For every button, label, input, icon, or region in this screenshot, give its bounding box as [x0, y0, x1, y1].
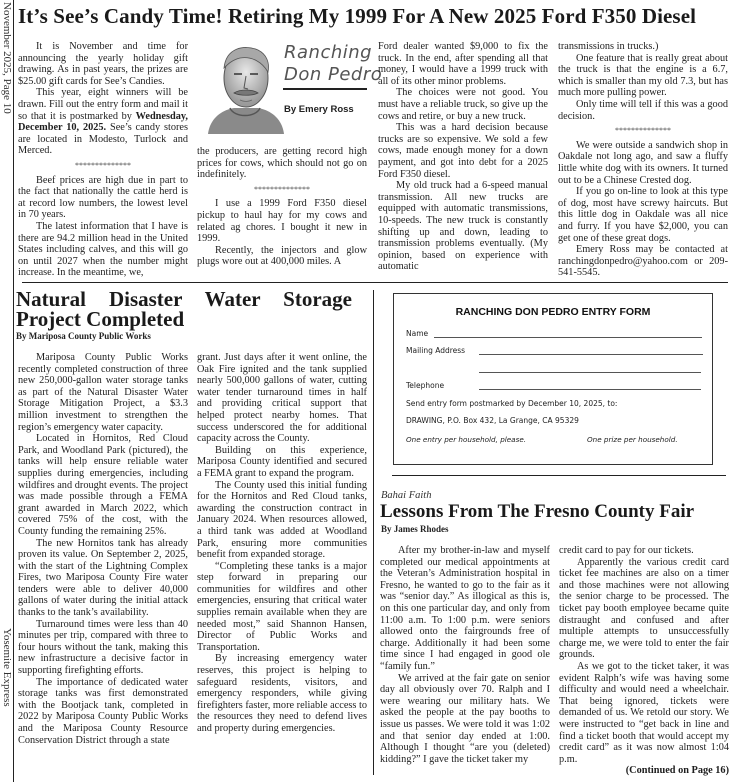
article3-byline: By James Rhodes — [381, 524, 449, 534]
paragraph: “Completing these tanks is a major step … — [197, 561, 367, 654]
paragraph: One feature that is really great about t… — [558, 53, 728, 99]
paragraph: We were outside a sandwich shop in Oakda… — [558, 140, 728, 186]
section-break: ************** — [197, 184, 367, 196]
paragraph: Mariposa County Public Works recently co… — [18, 352, 188, 433]
paragraph: The choices were not good. You must have… — [378, 87, 548, 122]
article1-column-2: the producers, are getting record high p… — [197, 146, 367, 268]
paragraph: If you go on-line to look at this type o… — [558, 186, 728, 244]
paragraph: This was a hard decision because trucks … — [378, 122, 548, 180]
left-margin-rule — [13, 0, 14, 782]
name-field-line[interactable] — [434, 337, 702, 338]
paragraph: My old truck had a 6-speed manual transm… — [378, 180, 548, 273]
column-title: Ranching Don Pedro — [284, 42, 382, 86]
article2-column-2: grant. Just days after it went online, t… — [197, 352, 367, 735]
article3-column-2: credit card to pay for our tickets. Appa… — [559, 545, 729, 777]
article1-column-1: It is November and time for announcing t… — [18, 41, 188, 279]
article3-column-1: After my brother-in-law and myself compl… — [380, 545, 550, 765]
article3-kicker: Bahai Faith — [381, 490, 431, 501]
paragraph: Recently, the injectors and glow plugs w… — [197, 245, 367, 268]
continued-jump-link: (Continued on Page 16) — [559, 765, 729, 777]
portrait-sketch-icon — [200, 38, 290, 134]
article1-headline: It’s See’s Candy Time! Retiring My 1999 … — [18, 4, 696, 29]
mailing-address-field-line-2[interactable] — [479, 372, 701, 373]
author-portrait — [200, 38, 290, 134]
mailing-address-label: Mailing Address — [406, 346, 465, 355]
column-divider — [373, 290, 374, 775]
article1-byline: By Emery Ross — [284, 104, 354, 115]
article1-column-3: Ford dealer wanted $9,000 to fix the tru… — [378, 41, 548, 273]
article3-headline: Lessons From The Fresno County Fair — [380, 501, 694, 523]
telephone-label: Telephone — [406, 381, 444, 390]
paragraph: Turnaround times were less than 40 minut… — [18, 619, 188, 677]
mailing-destination: DRAWING, P.O. Box 432, La Grange, CA 953… — [406, 416, 579, 425]
entry-limit-note: One entry per household, please. — [406, 435, 526, 444]
paragraph: Apparently the various credit card ticke… — [559, 557, 729, 661]
paragraph: It is November and time for announcing t… — [18, 41, 188, 87]
author-contact: Emery Ross may be contacted at ranchingd… — [558, 244, 728, 279]
article2-headline: Natural Disaster Water Storage Project C… — [16, 289, 352, 329]
section-break: ************** — [18, 160, 188, 172]
paragraph: I use a 1999 Ford F350 diesel pickup to … — [197, 198, 367, 244]
paragraph: transmissions in trucks.) — [558, 41, 728, 53]
paragraph: The new Hornitos tank has already proven… — [18, 538, 188, 619]
paragraph: The latest information that I have is th… — [18, 221, 188, 279]
folio-date-page: November 2025, Page 10 — [0, 2, 13, 152]
article2-column-1: Mariposa County Public Works recently co… — [18, 352, 188, 746]
paragraph: Located in Hornitos, Red Cloud Park, and… — [18, 433, 188, 537]
send-instructions: Send entry form postmarked by December 1… — [406, 399, 617, 408]
telephone-field-line[interactable] — [479, 389, 701, 390]
article1-column-4: transmissions in trucks.) One feature th… — [558, 41, 728, 279]
folio-publication-name: Yosemite Express — [0, 628, 13, 778]
paragraph: Building on this experience, Mariposa Co… — [197, 445, 367, 480]
paragraph: credit card to pay for our tickets. — [559, 545, 729, 557]
section-divider — [392, 475, 726, 476]
paragraph: Only time will tell if this was a good d… — [558, 99, 728, 122]
prize-limit-note: One prize per household. — [587, 435, 678, 444]
paragraph: grant. Just days after it went online, t… — [197, 352, 367, 445]
paragraph: Beef prices are high due in part to the … — [18, 175, 188, 221]
paragraph: This year, eight winners will be drawn. … — [18, 87, 188, 157]
paragraph: We arrived at the fair gate on senior da… — [380, 673, 550, 766]
section-divider — [22, 282, 728, 283]
paragraph: the producers, are getting record high p… — [197, 146, 367, 181]
name-label: Name — [406, 329, 428, 338]
mailing-address-field-line-1[interactable] — [479, 354, 703, 355]
paragraph: The importance of dedicated water storag… — [18, 677, 188, 747]
section-break: ************** — [558, 125, 728, 137]
column-title-rule — [283, 88, 367, 90]
paragraph: After my brother-in-law and myself compl… — [380, 545, 550, 673]
paragraph: Ford dealer wanted $9,000 to fix the tru… — [378, 41, 548, 87]
entry-form-title: RANCHING DON PEDRO ENTRY FORM — [394, 306, 712, 318]
article2-byline: By Mariposa County Public Works — [16, 331, 151, 341]
paragraph: The County used this initial funding for… — [197, 480, 367, 561]
paragraph: By increasing emergency water reserves, … — [197, 653, 367, 734]
entry-form: RANCHING DON PEDRO ENTRY FORM Name Maili… — [393, 293, 713, 465]
paragraph: As we got to the ticket taker, it was ev… — [559, 661, 729, 765]
